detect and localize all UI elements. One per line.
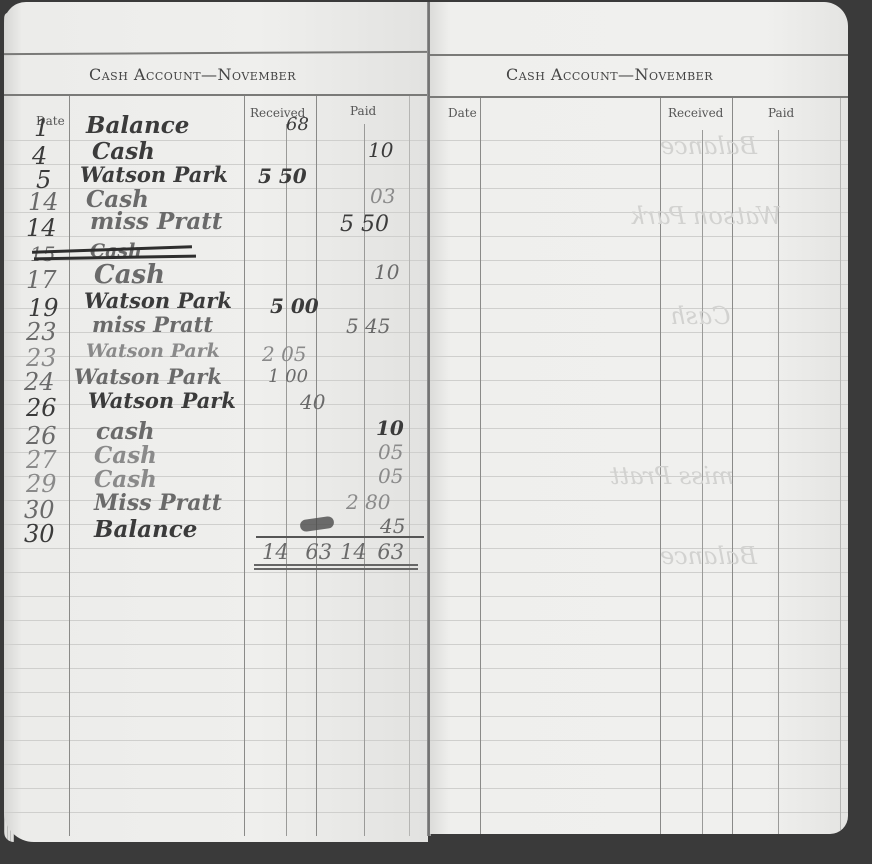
paid-cents-rule [778,130,779,834]
entry-paid: 5 45 [346,314,391,338]
date-column-rule [69,96,70,836]
top-rule [430,54,848,56]
total-received: 14 63 [262,540,332,564]
entry-received: 5 50 [258,164,307,188]
entry-description: Balance [86,112,189,139]
date-column-rule [480,98,481,834]
entry-description: Watson Park [88,388,236,413]
entry-received: 1 00 [268,366,308,387]
entry-paid: 10 [374,260,399,284]
entry-paid: 05 [378,440,403,464]
page-title: Cash Account—November [506,65,713,84]
entry-paid: 5 50 [340,212,389,237]
total-rule-top [256,536,424,538]
entry-paid: 45 [380,514,405,538]
entry-received: 5 00 [270,294,319,318]
paid-header: Paid [768,106,794,120]
header-rule [4,94,428,96]
entry-description: miss Pratt [92,312,213,337]
entry-description: Watson Park [74,364,222,389]
right-margin-rule [840,98,841,834]
show-through-ink: Balance [660,542,757,570]
top-rule [4,51,428,55]
open-ledger-book: Cash Account—November Date Received Paid [4,2,850,844]
show-through-ink: miss Pratt [610,462,734,490]
entry-paid: 03 [370,184,395,208]
date-header: Date [448,106,477,120]
entry-date: 23 [26,318,57,346]
entry-description: Miss Pratt [94,490,222,516]
entry-paid: 2 80 [346,490,391,514]
show-through-ink: Balance [660,132,757,160]
entry-date: 1 [34,114,49,142]
total-double-rule [254,568,418,570]
header-rule [430,96,848,98]
entry-description: Cash [94,466,157,493]
entry-description: Cash [92,138,155,165]
entry-paid: 10 [376,416,404,440]
entry-date: 26 [26,394,57,422]
entry-description: miss Pratt [90,208,223,235]
page-title: Cash Account—November [89,65,296,84]
entry-description: Watson Park [84,288,232,313]
show-through-ink: Watson Park [630,202,782,230]
entry-description: cash [96,418,155,445]
entry-paid: 05 [378,464,403,488]
entry-received: 2 05 [262,342,307,366]
paid-header: Paid [350,104,376,118]
total-rule-bottom [254,564,418,566]
entry-date: 14 [26,214,57,242]
entry-received: 40 [300,390,325,414]
entry-paid: 10 [368,138,393,162]
entry-date: 24 [24,368,55,396]
ink-blot [299,516,334,533]
entry-description: Cash [94,260,165,290]
right-page: Cash Account—November Date Received Paid… [430,2,848,834]
left-page: Cash Account—November Date Received Paid [4,2,428,842]
entry-date: 29 [26,470,57,498]
received-header: Received [668,106,723,120]
right-margin-rule [409,96,410,836]
entry-date-struck: 15 [30,242,55,266]
entry-description: Watson Park [86,340,220,362]
entry-date: 14 [28,188,59,216]
entry-description: Balance [94,516,197,543]
entry-description: Watson Park [80,162,228,187]
show-through-ink: Cash [670,302,730,330]
entry-date: 30 [24,520,55,548]
paid-column-left-rule [316,96,317,836]
received-column-left-rule [244,96,245,836]
entry-date: 17 [26,266,57,294]
received-cents-rule [286,124,287,836]
entry-description: Cash [94,442,157,469]
total-paid: 14 63 [340,540,404,564]
entry-received: 68 [286,114,309,135]
